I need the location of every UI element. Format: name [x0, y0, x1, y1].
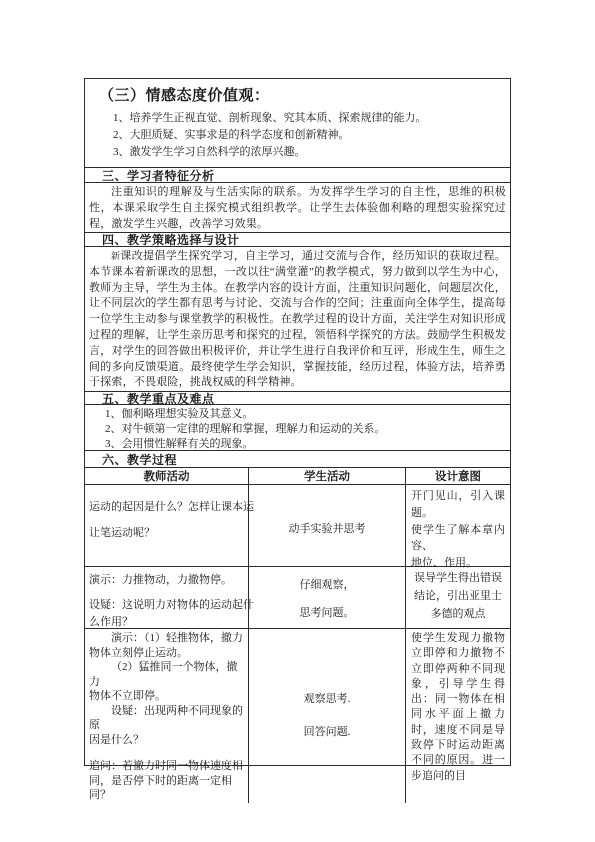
teacher-activity-cell: 运动的起因是什么？怎样让课本运 让笔运动呢？	[85, 485, 248, 572]
teaching-strategy-heading: 四、教学策略选择与设计	[85, 232, 510, 246]
teacher-question-text: 设疑：出现两种不同现象的原 因是什么？	[89, 704, 244, 748]
teaching-process-heading: 六、教学过程	[85, 450, 510, 467]
teacher-activity-cell: 演示：力推物动，力撤物停。 设疑：这说明力对物体的运动起什 么作用？	[85, 567, 248, 631]
section-affective-values: （三）情感态度价值观： 1、培养学生正视直觉、剖析现象、究其本质、探索规律的能力…	[85, 79, 510, 167]
intent-paragraph: 使学生了解本章内容、	[411, 522, 505, 556]
process-row-2: 演示：力推物动，力撤物停。 设疑：这说明力对物体的运动起什 么作用？ 仔细观察，…	[85, 566, 510, 628]
design-intent-cell: 开门见山，引入课题。 使学生了解本章内容、 地位、作用。	[405, 485, 510, 572]
document-page: { "colors": { "text": "#1a1a1a", "border…	[0, 0, 595, 842]
student-activity-cell: 动手实验并思考	[248, 485, 405, 572]
student-activity-cell: 观察思考. 回答问题.	[248, 629, 405, 803]
teacher-activity-cell: 演示：（1）轻推物体，撤力 物体立刻停止运动。 （2）猛推同一个物体，撤力 物体…	[85, 629, 248, 803]
affective-item-2: 2、大胆质疑、实事求是的科学态度和创新精神。	[85, 127, 510, 144]
key-points-list: 1、伽利略理想实验及其意义。 2、对牛顿第一定律的理解和掌握，理解力和运动的关系…	[85, 404, 510, 450]
intent-paragraph: 误导学生得出错误结论，引出亚里士多德的观点	[411, 569, 505, 623]
student-line: 仔细观察，	[300, 580, 355, 591]
column-header-design-intent: 设计意图	[405, 468, 510, 484]
key-point-1: 1、伽利略理想实验及其意义。	[85, 407, 510, 422]
design-intent-cell: 误导学生得出错误结论，引出亚里士多德的观点	[405, 567, 510, 631]
process-row-3: 演示：（1）轻推物体，撤力 物体立刻停止运动。 （2）猛推同一个物体，撤力 物体…	[85, 628, 510, 767]
teacher-demo-text: 演示：力推物动，力撤物停。	[85, 572, 248, 589]
affective-item-3: 3、激发学生学习自然科学的浓厚兴趣。	[85, 144, 510, 161]
design-intent-cell: 使学生发现力撤物立即停和力撤物不立即停两种不同现象，引导学生得出：同一物体在相同…	[405, 629, 510, 803]
key-point-3: 3、会用惯性解释有关的现象。	[85, 437, 510, 450]
intent-paragraph: 开门见山，引入课题。	[411, 488, 505, 522]
learner-analysis-heading: 三、学习者特征分析	[85, 167, 510, 182]
key-points-heading: 五、教学重点及难点	[85, 391, 510, 404]
teacher-demo-step-1: 演示：（1）轻推物体，撤力 物体立刻停止运动。	[89, 631, 244, 660]
lesson-plan-table: （三）情感态度价值观： 1、培养学生正视直觉、剖析现象、究其本质、探索规律的能力…	[84, 78, 511, 766]
column-header-student-activity: 学生活动	[248, 468, 405, 484]
student-line: 回答问题.	[304, 727, 351, 738]
teacher-followup-question: 追问：若撤力时同一物体速度相 同，是否停下时的距离一定相同？	[89, 759, 244, 803]
student-activity-cell: 仔细观察， 思考问题。	[248, 567, 405, 631]
process-table-header-row: 教师活动 学生活动 设计意图	[85, 467, 510, 484]
strategy-lead-char: 新	[111, 251, 120, 261]
affective-values-title: （三）情感态度价值观：	[85, 86, 510, 105]
teaching-strategy-body: 新课改提倡学生探究学习，自主学习，通过交流与合作，经历知识的获取过程。本节课本着…	[85, 246, 510, 391]
process-row-1: 运动的起因是什么？怎样让课本运 让笔运动呢？ 动手实验并思考 开门见山，引入课题…	[85, 484, 510, 566]
affective-item-1: 1、培养学生正视直觉、剖析现象、究其本质、探索规律的能力。	[85, 110, 510, 127]
student-line: 观察思考.	[304, 694, 351, 705]
student-line: 思考问题。	[300, 608, 355, 619]
learner-analysis-body: 注重知识的理解及与生活实际的联系。为发挥学生学习的自主性，思维的积极性，本课采取…	[85, 182, 510, 232]
teacher-demo-step-2: （2）猛推同一个物体，撤力 物体不立即停。	[89, 660, 244, 704]
column-header-teacher-activity: 教师活动	[85, 468, 248, 484]
strategy-body-text: 课改提倡学生探究学习，自主学习，通过交流与合作，经历知识的获取过程。本节课本着新…	[89, 250, 506, 388]
key-point-2: 2、对牛顿第一定律的理解和掌握，理解力和运动的关系。	[85, 422, 510, 437]
teacher-question-text: 设疑：这说明力对物体的运动起什 么作用？	[85, 597, 248, 631]
